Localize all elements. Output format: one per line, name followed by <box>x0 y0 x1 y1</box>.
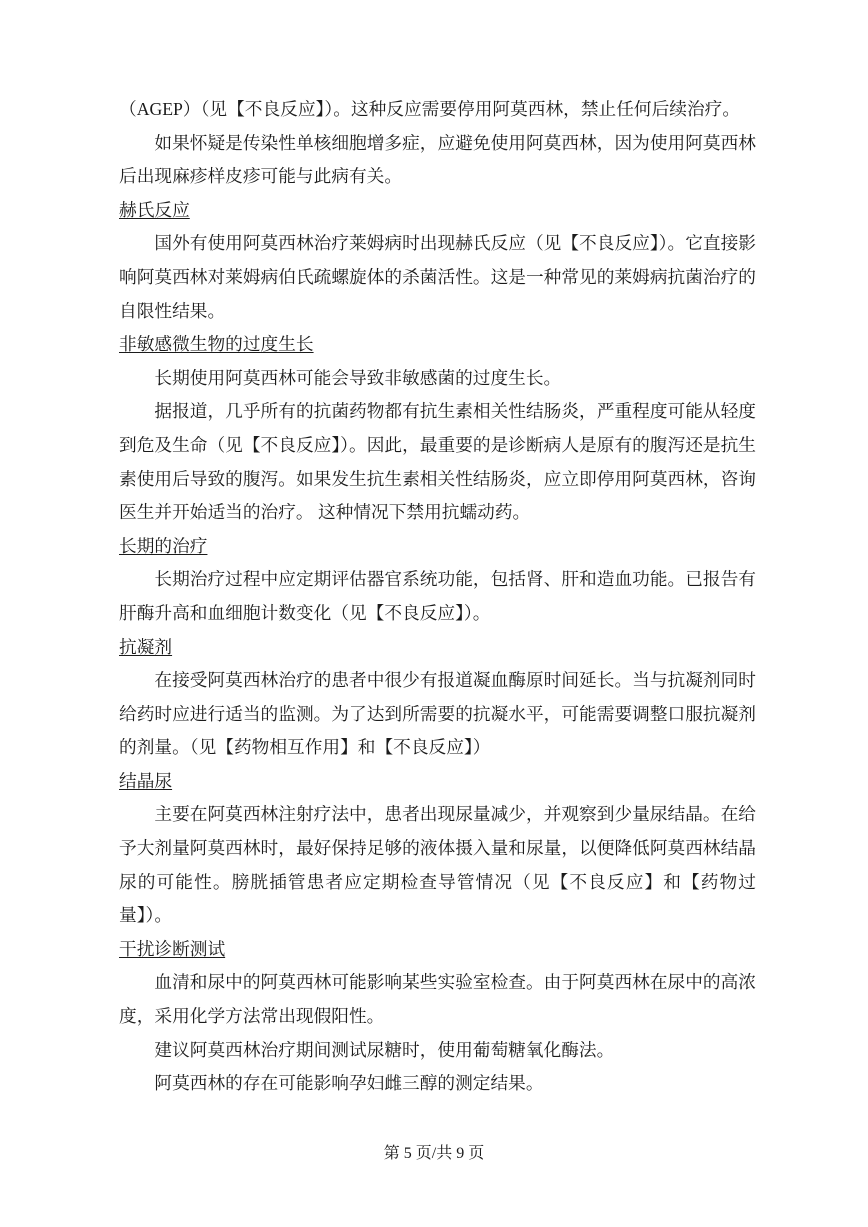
section-overgrowth-nonsusceptible-microbes: 非敏感微生物的过度生长 长期使用阿莫西林可能会导致非敏感菌的过度生长。 据报道，… <box>119 328 756 530</box>
paragraph: 长期使用阿莫西林可能会导致非敏感菌的过度生长。 <box>119 362 756 396</box>
paragraph: 在接受阿莫西林治疗的患者中很少有报道凝血酶原时间延长。当与抗凝剂同时给药时应进行… <box>119 664 756 765</box>
paragraph: 国外有使用阿莫西林治疗莱姆病时出现赫氏反应（见【不良反应】）。它直接影响阿莫西林… <box>119 227 756 328</box>
page-number-indicator: 第 5 页/共 9 页 <box>384 1145 484 1162</box>
section-heading: 干扰诊断测试 <box>119 933 756 967</box>
section-anticoagulants: 抗凝剂 在接受阿莫西林治疗的患者中很少有报道凝血酶原时间延长。当与抗凝剂同时给药… <box>119 631 756 765</box>
paragraph: 阿莫西林的存在可能影响孕妇雌三醇的测定结果。 <box>119 1067 756 1101</box>
section-heading: 赫氏反应 <box>119 194 756 228</box>
paragraph: 如果怀疑是传染性单核细胞增多症，应避免使用阿莫西林，因为使用阿莫西林后出现麻疹样… <box>119 127 756 194</box>
document-page: （AGEP）（见【不良反应】）。这种反应需要停用阿莫西林，禁止任何后续治疗。 如… <box>0 0 868 1227</box>
section-heading: 结晶尿 <box>119 765 756 799</box>
section-herxheimer-reaction: 赫氏反应 国外有使用阿莫西林治疗莱姆病时出现赫氏反应（见【不良反应】）。它直接影… <box>119 194 756 328</box>
paragraph: 建议阿莫西林治疗期间测试尿糖时，使用葡萄糖氧化酶法。 <box>119 1034 756 1068</box>
section-heading: 长期的治疗 <box>119 530 756 564</box>
section-agep-continued: （AGEP）（见【不良反应】）。这种反应需要停用阿莫西林，禁止任何后续治疗。 如… <box>119 93 756 194</box>
page-content: （AGEP）（见【不良反应】）。这种反应需要停用阿莫西林，禁止任何后续治疗。 如… <box>119 93 756 1101</box>
paragraph: 据报道，几乎所有的抗菌药物都有抗生素相关性结肠炎，严重程度可能从轻度到危及生命（… <box>119 395 756 529</box>
section-heading: 抗凝剂 <box>119 631 756 665</box>
section-crystalluria: 结晶尿 主要在阿莫西林注射疗法中，患者出现尿量减少，并观察到少量尿结晶。在给予大… <box>119 765 756 933</box>
section-long-term-treatment: 长期的治疗 长期治疗过程中应定期评估器官系统功能，包括肾、肝和造血功能。已报告有… <box>119 530 756 631</box>
paragraph: 主要在阿莫西林注射疗法中，患者出现尿量减少，并观察到少量尿结晶。在给予大剂量阿莫… <box>119 798 756 932</box>
paragraph: 血清和尿中的阿莫西林可能影响某些实验室检查。由于阿莫西林在尿中的高浓度，采用化学… <box>119 966 756 1033</box>
paragraph: （AGEP）（见【不良反应】）。这种反应需要停用阿莫西林，禁止任何后续治疗。 <box>119 93 756 127</box>
section-heading: 非敏感微生物的过度生长 <box>119 328 756 362</box>
section-diagnostic-test-interference: 干扰诊断测试 血清和尿中的阿莫西林可能影响某些实验室检查。由于阿莫西林在尿中的高… <box>119 933 756 1101</box>
paragraph: 长期治疗过程中应定期评估器官系统功能，包括肾、肝和造血功能。已报告有肝酶升高和血… <box>119 563 756 630</box>
page-footer: 第 5 页/共 9 页 <box>0 1143 868 1165</box>
